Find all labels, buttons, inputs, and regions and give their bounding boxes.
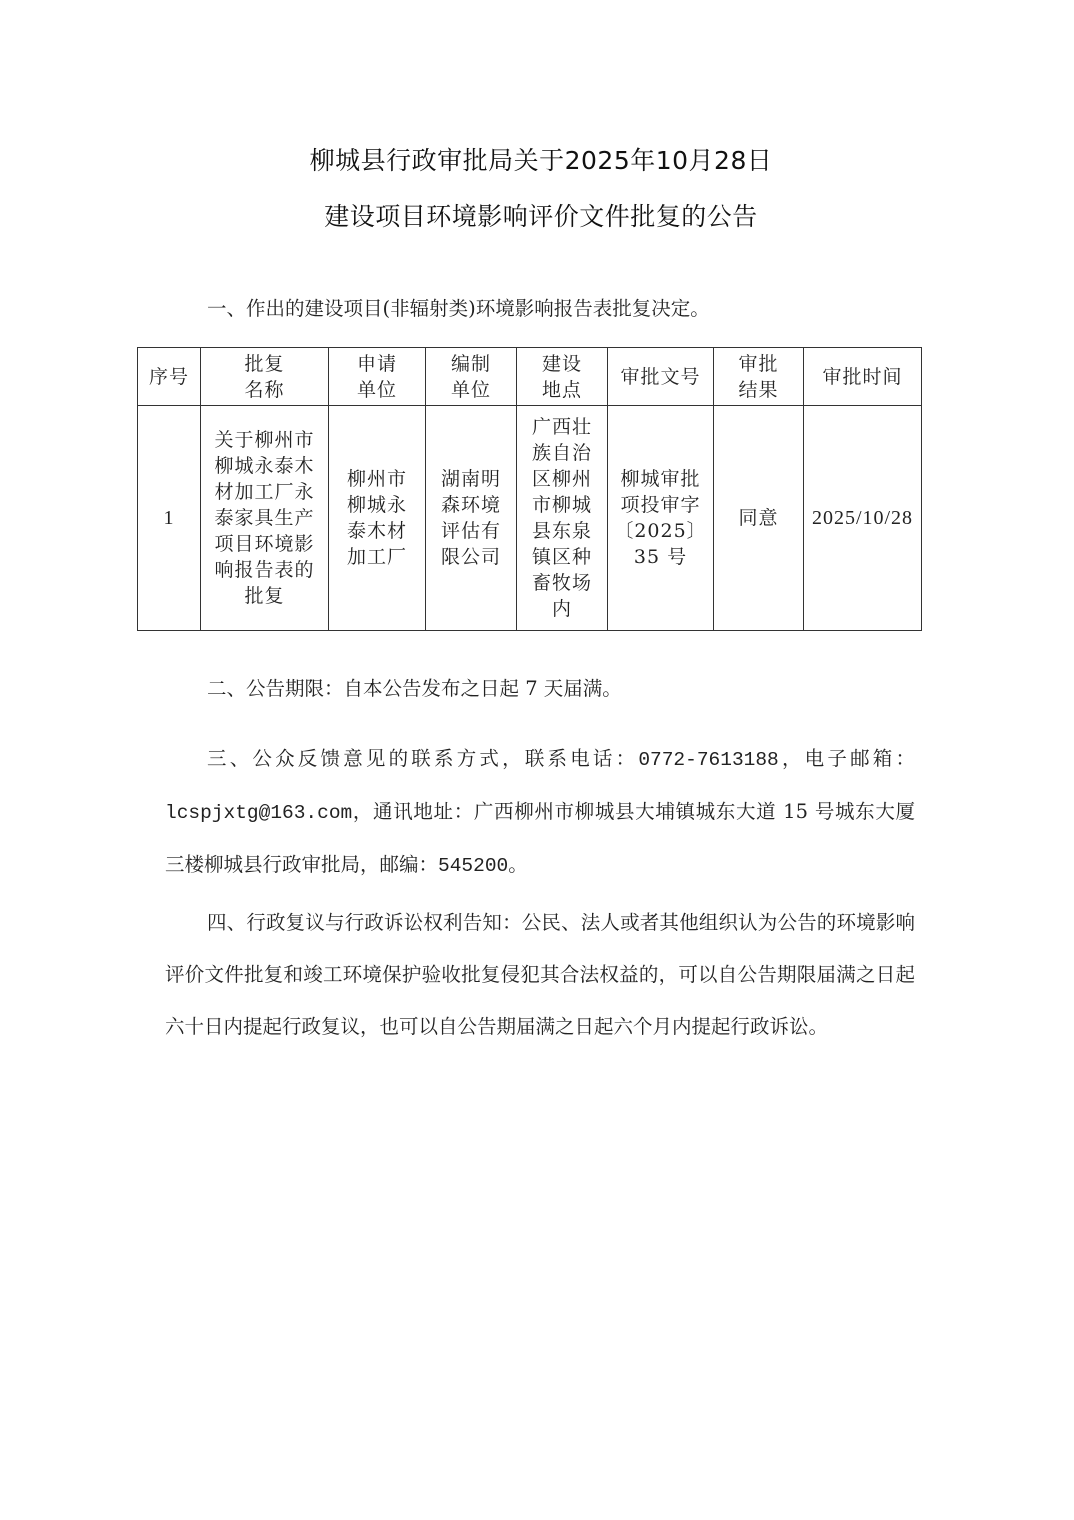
cell-location: 广西壮 族自治 区柳州 市柳城 县东泉 镇区种 畜牧场 内 <box>517 406 608 631</box>
header-doc-number: 审批文号 <box>608 348 714 406</box>
header-location: 建设 地点 <box>517 348 608 406</box>
contact-intro: 三、公众反馈意见的联系方式，联系电话： <box>207 747 638 770</box>
header-result: 审批 结果 <box>714 348 804 406</box>
cell-applicant: 柳州市 柳城永 泰木材 加工厂 <box>329 406 426 631</box>
email-label: ，电子邮箱： <box>779 747 915 770</box>
section-3-contact: 三、公众反馈意见的联系方式，联系电话：0772-7613188，电子邮箱：lcs… <box>165 733 915 892</box>
cell-date: 2025/10/28 <box>804 406 922 631</box>
header-compiler: 编制 单位 <box>426 348 517 406</box>
section-2-notice-period: 二、公告期限：自本公告发布之日起 7 天届满。 <box>165 663 925 715</box>
section-1-heading: 一、作出的建设项目(非辐射类)环境影响报告表批复决定。 <box>165 283 925 335</box>
cell-approval-name: 关于柳州市 柳城永泰木 材加工厂永 泰家具生产 项目环境影 响报告表的 批复 <box>201 406 329 631</box>
postcode: 545200 <box>438 855 508 877</box>
table-header-row: 序号 批复 名称 申请 单位 编制 单位 建设 地点 审批文号 审批 结果 审批… <box>138 348 922 406</box>
header-applicant: 申请 单位 <box>329 348 426 406</box>
header-date: 审批时间 <box>804 348 922 406</box>
contact-email: lcspjxtg@163.com <box>165 802 352 824</box>
header-index: 序号 <box>138 348 201 406</box>
section-3-end: 。 <box>508 853 528 876</box>
table-row: 1 关于柳州市 柳城永泰木 材加工厂永 泰家具生产 项目环境影 响报告表的 批复… <box>138 406 922 631</box>
cell-result: 同意 <box>714 406 804 631</box>
cell-doc-number: 柳城审批 项投审字 〔2025〕 35 号 <box>608 406 714 631</box>
header-approval-name: 批复 名称 <box>201 348 329 406</box>
contact-phone: 0772-7613188 <box>638 749 778 771</box>
section-4-legal-rights: 四、行政复议与行政诉讼权利告知：公民、法人或者其他组织认为公告的环境影响评价文件… <box>165 897 915 1053</box>
cell-compiler: 湖南明 森环境 评估有 限公司 <box>426 406 517 631</box>
cell-index: 1 <box>138 406 201 631</box>
notice-title-line1: 柳城县行政审批局关于2025年10月28日 <box>4 141 1074 177</box>
approval-table: 序号 批复 名称 申请 单位 编制 单位 建设 地点 审批文号 审批 结果 审批… <box>137 347 922 631</box>
notice-title-line2: 建设项目环境影响评价文件批复的公告 <box>4 197 1074 233</box>
